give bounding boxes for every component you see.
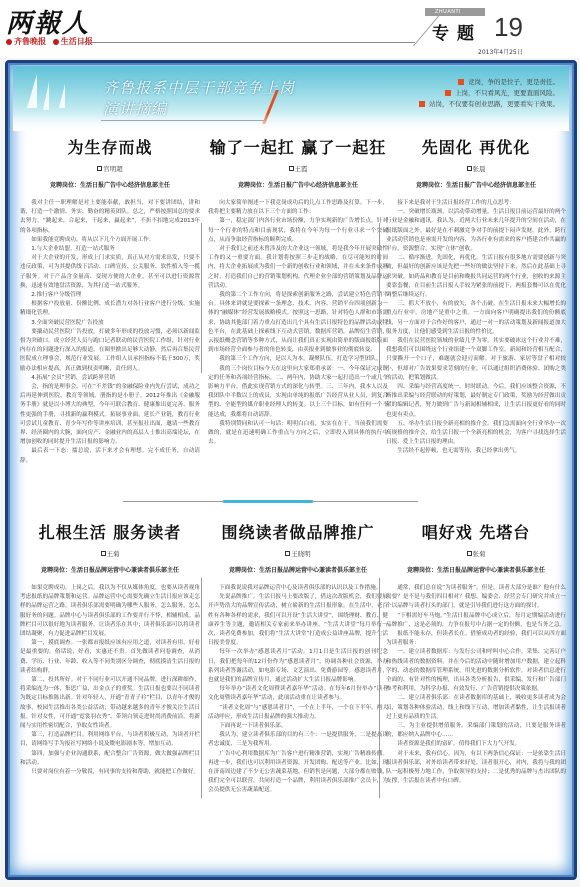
article-paragraph: 三、抓大不放小，有的放矢，各个击破。在生活日报未来大幅增长的重点行业中，房地产是… — [386, 300, 566, 337]
masthead-rule — [80, 42, 415, 43]
brand-dot-icon — [6, 39, 12, 45]
byline-box-icon — [467, 166, 472, 171]
article-headline: 为生存而战 — [20, 135, 200, 158]
feature-frame: 齐鲁报系中层干部竞争上岗 演讲摘编 竞岗，争的是位子，更是责任。 上岗，不只看风… — [5, 60, 577, 880]
article-body: 向大家简单阐述一下我竞岗成功后的几点工作思路及打算。下一步，我将把主要精力放在以… — [208, 199, 388, 447]
article-position: 竞聘岗位：生活日报广告中心经济信息部主任 — [386, 180, 566, 189]
article-body: 如果竞聘成功，上岗之后，我以为不仅从媒体角度，也要从读者视角考虑报纸的品牌策划和… — [20, 584, 200, 777]
slogan: 竞岗，争的是位子，更是责任。 — [419, 77, 559, 88]
article-byline: 官明超 — [20, 164, 200, 173]
banner-slogans: 竞岗，争的是位子，更是责任。 上岗，不只看风光，更要直面风险。 站岗，不仅要有创… — [419, 77, 559, 110]
article-paragraph: 如果我能竞聘成功，将从以下几个方面开展工作： — [20, 236, 200, 245]
article-paragraph: 4.拓展“会员”营销，尝试跨界营销 — [20, 374, 200, 383]
page-number: 19 — [494, 12, 523, 43]
article-paragraph: 我们在民营医院领域的业绩几乎为零。其实要破冰这个行业并不难，我想我们可以围绕这个… — [386, 337, 566, 383]
article-paragraph: 生活经不起停顿，也无需等待，我已经拿出勇气。 — [386, 447, 566, 456]
article: 唱好戏 先塔台张菊竞聘岗位：生活日报品牌运营中心兼读者俱乐部主任通常，我们总在说… — [386, 518, 566, 873]
article-headline: 输了一起扛 赢了一起狂 — [208, 135, 388, 158]
article-body: 接下来是我对于生活日报经营工作的几点思考：一、突破增长瓶颈，以活动带动增量。生活… — [386, 199, 566, 457]
article-paragraph: 第二，投其所好。对于不同行业可以开通不同品牌，进行深耕细作，将采编连为一体，集思… — [20, 676, 200, 731]
article-paragraph: 下面我说说我对品牌运营中心及读者俱乐部的认识以及工作措施。 — [208, 584, 388, 593]
article-byline: 王菊 — [20, 549, 200, 558]
article-paragraph: 下面再说一下读者俱乐部。 — [208, 722, 388, 731]
article-paragraph: 先说品牌推广。生活日报马上要改版了，借这次改版机会，我们要展开声势浩大的品牌宣传… — [208, 593, 388, 648]
article-headline: 围绕读者做品牌推广 — [208, 520, 388, 543]
byline-box-icon — [101, 551, 106, 556]
article-paragraph: 对于未来，我有信心。因为，有以下两条信心保证：一是依靠生活日报读者俱乐部，对外给… — [386, 750, 566, 787]
brand-dot-icon — [53, 39, 59, 45]
article-paragraph: 只要对岗位有着一分敬畏，有同事的支持和帮助，就能把工作做好。 — [20, 768, 200, 777]
article-paragraph: 通常，我们总在说“为读者服务”，但是，读者大部分是谁？他有什么需要？是不是与我们… — [386, 584, 566, 612]
byline-box-icon — [285, 551, 290, 556]
article-paragraph: 我的第三个工作方向，是以人为本，凝聚队伍，打造学习型团队。 — [208, 355, 388, 364]
article-paragraph: 接下来是我对于生活日报经营工作的几点思考： — [386, 199, 566, 208]
article-paragraph: 第三，打造品牌栏目。利用网络平台，与读者积极互动，为读者开栏目，请网络写手为报社… — [20, 731, 200, 749]
article-position: 竞聘岗位：生活日报品牌运营中心兼读者俱乐部主任 — [20, 565, 200, 574]
banner-underline — [101, 120, 266, 121]
article-paragraph: 我认为，建立读者俱乐部的目的有三个：一是提供服务，二是提高读者忠诚度，三是为我所… — [208, 731, 388, 749]
sailboat-icon — [43, 82, 49, 110]
article-paragraph: 2.推行客户分级管理 — [20, 291, 200, 300]
article: 扎根生活 服务读者王菊竞聘岗位：生活日报品牌运营中心兼读者俱乐部主任如果竞聘成功… — [20, 518, 200, 873]
article-paragraph: 四、采编与经营高度统一，时时联动。今后，我们应该整合资源，不断推出采编与经营联动… — [386, 383, 566, 420]
byline-box-icon — [97, 166, 102, 171]
section-tag: ZHUANTI — [425, 8, 485, 16]
article-paragraph: 第一，稳定部门内各行业市场份额，力争实现新的广告增长点。针对每一个行业的特点和目… — [208, 217, 388, 245]
article-paragraph: 二、建立读者俱乐部：在读者数据库的基础上，吸收更多读者成为会员，策划各种体验活动… — [386, 694, 566, 722]
article-paragraph: 我对主任一职理解是对上要能奉献，敢担当，对下要讲团结，讲和谐，打造一个激情、务实… — [20, 199, 200, 236]
article-paragraph: 3.全面突破民营医院广告投放 — [20, 319, 200, 328]
article: 为生存而战官明超竞聘岗位：生活日报广告中心经济信息部主任我对主任一职理解是对上要… — [20, 133, 200, 498]
column-rule — [201, 223, 202, 373]
article-paragraph: 对于我们之前还未曾涉及的大企业这一领域，将是我今年开展突破性工作的又一重要方面。… — [208, 245, 388, 291]
publication-date: 2013年4月25日 — [478, 47, 523, 56]
sub-brand-1: 齐鲁晚报 — [14, 37, 46, 46]
article-paragraph: 第一，摸底调查。一张都市报纸应该有应用之道，对读者有用，好看是最重要的。俗话说，… — [20, 639, 200, 676]
article-paragraph: 第四，加强与企业沟通联系，配合整合广告资源，做大做强品牌栏目和活动。 — [20, 750, 200, 768]
banner-title: 齐鲁报系中层干部竞争上岗 演讲摘编 — [103, 78, 295, 120]
article-paragraph: 1.与大企业结盟，打造一站式服务 — [20, 245, 200, 254]
byline-box-icon — [467, 551, 472, 556]
column-rule — [201, 578, 202, 798]
article-position: 竞聘岗位：生活日报广告中心经济信息部主任 — [20, 180, 200, 189]
article-paragraph: 读者资源是我们的富矿，值得我们下大力气开发。 — [386, 740, 566, 749]
article-paragraph: 对于大企业的开发，形成上门求实质，真正从对方需求出发，只要不违反政策，可为其提供… — [20, 254, 200, 291]
article-position: 竞聘岗位：生活日报广告中心经济信息部主任 — [208, 180, 388, 189]
slogan: 上岗，不只看风光，更要直面风险。 — [419, 88, 559, 99]
article-byline: 王晓明 — [208, 549, 388, 558]
bullet-square-icon — [445, 90, 451, 96]
section-divider-accent — [223, 500, 313, 503]
sailboat-icon — [59, 84, 65, 108]
article-body: 我对主任一职理解是对上要能奉献，敢担当，对下要讲团结，讲和谐，打造一个激情、务实… — [20, 199, 200, 466]
bullet-square-icon — [419, 101, 425, 107]
article-paragraph: 根据客户投放量、份额比例、成长潜力对各行业客户进行分级，实施精细化管理。 — [20, 300, 200, 318]
article-paragraph: 二、循序渐进，先固化，再优化。生活日报有很多地方需要创新与突破，但最好的创新应该… — [386, 254, 566, 300]
article-paragraph: 广告中心利用数据库为广告客户进行精准营销，实现广告精准传播。再进一步，我们也可以… — [208, 750, 388, 796]
feature-banner: 齐鲁报系中层干部竞争上岗 演讲摘编 竞岗，争的是位子，更是责任。 上岗，不只看风… — [13, 66, 569, 131]
article-paragraph: 如果竞聘成功，上岗之后，我以为不仅从媒体角度，也要从读者视角考虑报纸的品牌策划和… — [20, 584, 200, 639]
article-paragraph: 一、突破增长瓶颈，以活动带动增量。生活日报目前运营最好的两个行业是金融和通讯。我… — [386, 208, 566, 254]
article-paragraph: 最后表一下态：擂总说，活下来才会有理想。完不成任务，自动请辞。 — [20, 447, 200, 465]
article-paragraph: 我特别赞同和认可一句话：明明白白看，实实在在干。当前我们需要做的，就是在迅速明确… — [208, 420, 388, 448]
article-paragraph: 报纸不能永存，但读者长在。借鉴成功者的经验，我们可以从四方面为读者服务： — [386, 630, 566, 648]
article-paragraph: 三、为主业提供增值服务。采编部门策划的活动，只要是服务读者的，都应纳入品牌中心…… — [386, 722, 566, 740]
article-headline: 唱好戏 先塔台 — [386, 520, 566, 543]
article-paragraph: 我的三个岗位目标今天在这里向大家郑重承诺：一、今年保证完成既定的任务和各项经营指… — [208, 365, 388, 420]
article: 输了一起扛 赢了一起狂王霞竞聘岗位：生活日报广告中心经济信息部主任向大家简单阐述… — [208, 133, 388, 498]
article: 围绕读者做品牌推广王晓明竞聘岗位：生活日报品牌运营中心兼读者俱乐部主任下面我说说… — [208, 518, 388, 873]
column-rule — [379, 578, 380, 798]
bullet-square-icon — [458, 79, 464, 85]
article-byline: 张晨 — [386, 164, 566, 173]
sailboat-icon — [27, 74, 37, 108]
masthead: 两報人 齐鲁晚报 生活日报 ZHUANTI 专题 19 2013年4月25日 — [0, 0, 580, 58]
article-position: 竞聘岗位：生活日报品牌运营中心兼读者俱乐部主任 — [208, 565, 388, 574]
article-byline: 张菊 — [386, 549, 566, 558]
article-paragraph: 我的第二个工作方向，将是探索创新服务之路，尝试建立特色营销平台。具体来讲就是要探… — [208, 291, 388, 355]
articles-row-bottom: 扎根生活 服务读者王菊竞聘岗位：生活日报品牌运营中心兼读者俱乐部主任如果竞聘成功… — [8, 518, 574, 873]
column-rule — [379, 223, 380, 373]
section-title: 专题 — [432, 19, 482, 44]
article-byline: 王霞 — [208, 164, 388, 173]
article-paragraph: 每年举办“读者文化周暨读者嘉年华”活动。在每年6月份举办“读者文化周暨读者嘉年华… — [208, 685, 388, 703]
article-body: 通常，我们总在说“为读者服务”，但是，读者大部分是谁？他有什么需要？是不是与我们… — [386, 584, 566, 786]
byline-box-icon — [289, 166, 294, 171]
article: 先固化 再优化张晨竞聘岗位：生活日报广告中心经济信息部主任接下来是我对于生活日报… — [386, 133, 566, 498]
article-headline: 扎根生活 服务读者 — [20, 520, 200, 543]
article-headline: 先固化 再优化 — [386, 135, 566, 158]
articles-row-top: 为生存而战官明超竞聘岗位：生活日报广告中心经济信息部主任我对主任一职理解是对上要… — [8, 133, 574, 498]
article-paragraph: 向大家简单阐述一下我竞岗成功后的几点工作思路及打算。下一步，我将把主要精力放在以… — [208, 199, 388, 217]
article-paragraph: “读者文化周”与“感恩读者月”，一个在上半年，一个在下半年，两大活动呼应，形成生… — [208, 704, 388, 722]
newspaper-logo: 两報人 — [6, 3, 90, 40]
article-paragraph: 一、建立读者数据库：与发行公司和呼叫中心合作，采集、完善订户和热线读者的数据资料… — [386, 648, 566, 694]
article-paragraph: “下棋需好车马炮。”生活日报品牌中心成立后，每月定期编活动进行品牌推广，这是必须… — [386, 612, 566, 630]
article-paragraph: 五、举办生活日报全新亮相的推介会。我们急需面向全行业举办一次高规格的推介会，给生… — [386, 420, 566, 448]
article-paragraph: 每年一次举办“感恩读者月”活动。1月1日是生活日报的创刊纪念日，我们把每年的12… — [208, 648, 388, 685]
article-position: 竞聘岗位：生活日报品牌运营中心兼读者俱乐部主任 — [386, 565, 566, 574]
article-body: 下面我说说我对品牌运营中心及读者俱乐部的认识以及工作措施。先说品牌推广。生活日报… — [208, 584, 388, 796]
article-paragraph: 会，指的是理事会，可在“不差钱”的金融保险业内先行尝试，成功之后再延伸到医院、教… — [20, 383, 200, 447]
article-paragraph: 要撬动民营医院广告投放，打破多年形成的投放习惯，必须以新闻监督为突破口，成立经营… — [20, 328, 200, 374]
slogan: 站岗，不仅要有创业思路，更要看实干效果。 — [419, 99, 559, 110]
